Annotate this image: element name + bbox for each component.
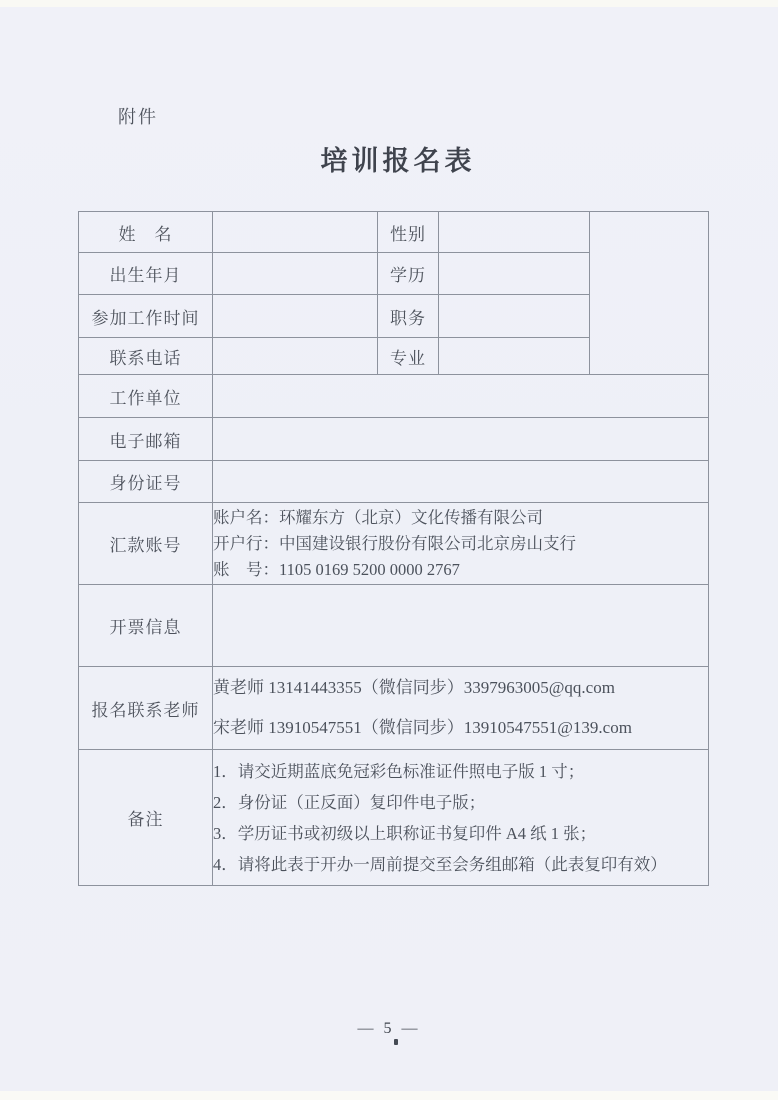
remittance-account-name-line: 账户名：环耀东方（北京）文化传播有限公司	[213, 505, 708, 531]
remark-item-1: 1．请交近期蓝底免冠彩色标准证件照电子版 1 寸；	[213, 756, 708, 787]
field-label-gender: 性别	[378, 212, 439, 253]
contact-teachers-cell: 黄老师 13141443355（微信同步）3397963005@qq.com 宋…	[213, 667, 709, 750]
field-label-education: 学历	[378, 253, 439, 295]
remark-item-4: 4．请将此表于开办一周前提交至会务组邮箱（此表复印有效）	[213, 849, 708, 880]
remark-item-2: 2．身份证（正反面）复印件电子版；	[213, 787, 708, 818]
table-row: 汇款账号 账户名：环耀东方（北京）文化传播有限公司 开户行：中国建设银行股份有限…	[79, 503, 709, 585]
field-label-position: 职务	[378, 295, 439, 338]
field-value-birthdate	[213, 253, 378, 295]
table-row: 身份证号	[79, 461, 709, 503]
registration-form-table: 姓 名 性别 出生年月 学历 参加工作时间 职务 联系电话	[78, 211, 709, 886]
field-label-major: 专业	[378, 338, 439, 375]
field-value-invoice-info	[213, 585, 709, 667]
field-value-email	[213, 418, 709, 461]
scanned-document-page: 附件 培训报名表 姓 名 性别 出生年月 学历	[0, 0, 778, 1100]
table-row: 备注 1．请交近期蓝底免冠彩色标准证件照电子版 1 寸； 2．身份证（正反面）复…	[79, 750, 709, 886]
field-value-phone	[213, 338, 378, 375]
field-label-contact-teachers: 报名联系老师	[79, 667, 213, 750]
table-row: 工作单位	[79, 375, 709, 418]
field-value-name	[213, 212, 378, 253]
field-value-id-number	[213, 461, 709, 503]
field-label-invoice-info: 开票信息	[79, 585, 213, 667]
remittance-number-line: 账 号：1105 0169 5200 0000 2767	[213, 557, 708, 583]
contact-teacher-song-line: 宋老师 13910547551（微信同步）13910547551@139.com	[213, 708, 708, 748]
field-label-birthdate: 出生年月	[79, 253, 213, 295]
field-value-education	[439, 253, 590, 295]
attachment-label: 附件	[118, 103, 158, 129]
scan-edge-top	[0, 0, 778, 7]
field-value-position	[439, 295, 590, 338]
remittance-account-cell: 账户名：环耀东方（北京）文化传播有限公司 开户行：中国建设银行股份有限公司北京房…	[213, 503, 709, 585]
contact-teacher-huang-line: 黄老师 13141443355（微信同步）3397963005@qq.com	[213, 668, 708, 708]
field-label-id-number: 身份证号	[79, 461, 213, 503]
field-value-work-start	[213, 295, 378, 338]
field-value-major	[439, 338, 590, 375]
photo-cell	[590, 212, 709, 375]
page-number: — 5 —	[0, 1020, 778, 1038]
field-value-employer	[213, 375, 709, 418]
field-label-name: 姓 名	[79, 212, 213, 253]
remark-item-3: 3．学历证书或初级以上职称证书复印件 A4 纸 1 张；	[213, 818, 708, 849]
scan-artifact-speck	[394, 1039, 398, 1045]
table-row: 电子邮箱	[79, 418, 709, 461]
field-label-work-start: 参加工作时间	[79, 295, 213, 338]
table-row: 报名联系老师 黄老师 13141443355（微信同步）3397963005@q…	[79, 667, 709, 750]
page-title: 培训报名表	[0, 139, 778, 178]
remarks-cell: 1．请交近期蓝底免冠彩色标准证件照电子版 1 寸； 2．身份证（正反面）复印件电…	[213, 750, 709, 886]
scan-edge-bottom	[0, 1091, 778, 1100]
field-label-employer: 工作单位	[79, 375, 213, 418]
field-label-remarks: 备注	[79, 750, 213, 886]
field-label-phone: 联系电话	[79, 338, 213, 375]
field-label-email: 电子邮箱	[79, 418, 213, 461]
field-label-remittance-account: 汇款账号	[79, 503, 213, 585]
table-row: 开票信息	[79, 585, 709, 667]
remittance-bank-line: 开户行：中国建设银行股份有限公司北京房山支行	[213, 531, 708, 557]
table-row: 姓 名 性别	[79, 212, 709, 253]
field-value-gender	[439, 212, 590, 253]
